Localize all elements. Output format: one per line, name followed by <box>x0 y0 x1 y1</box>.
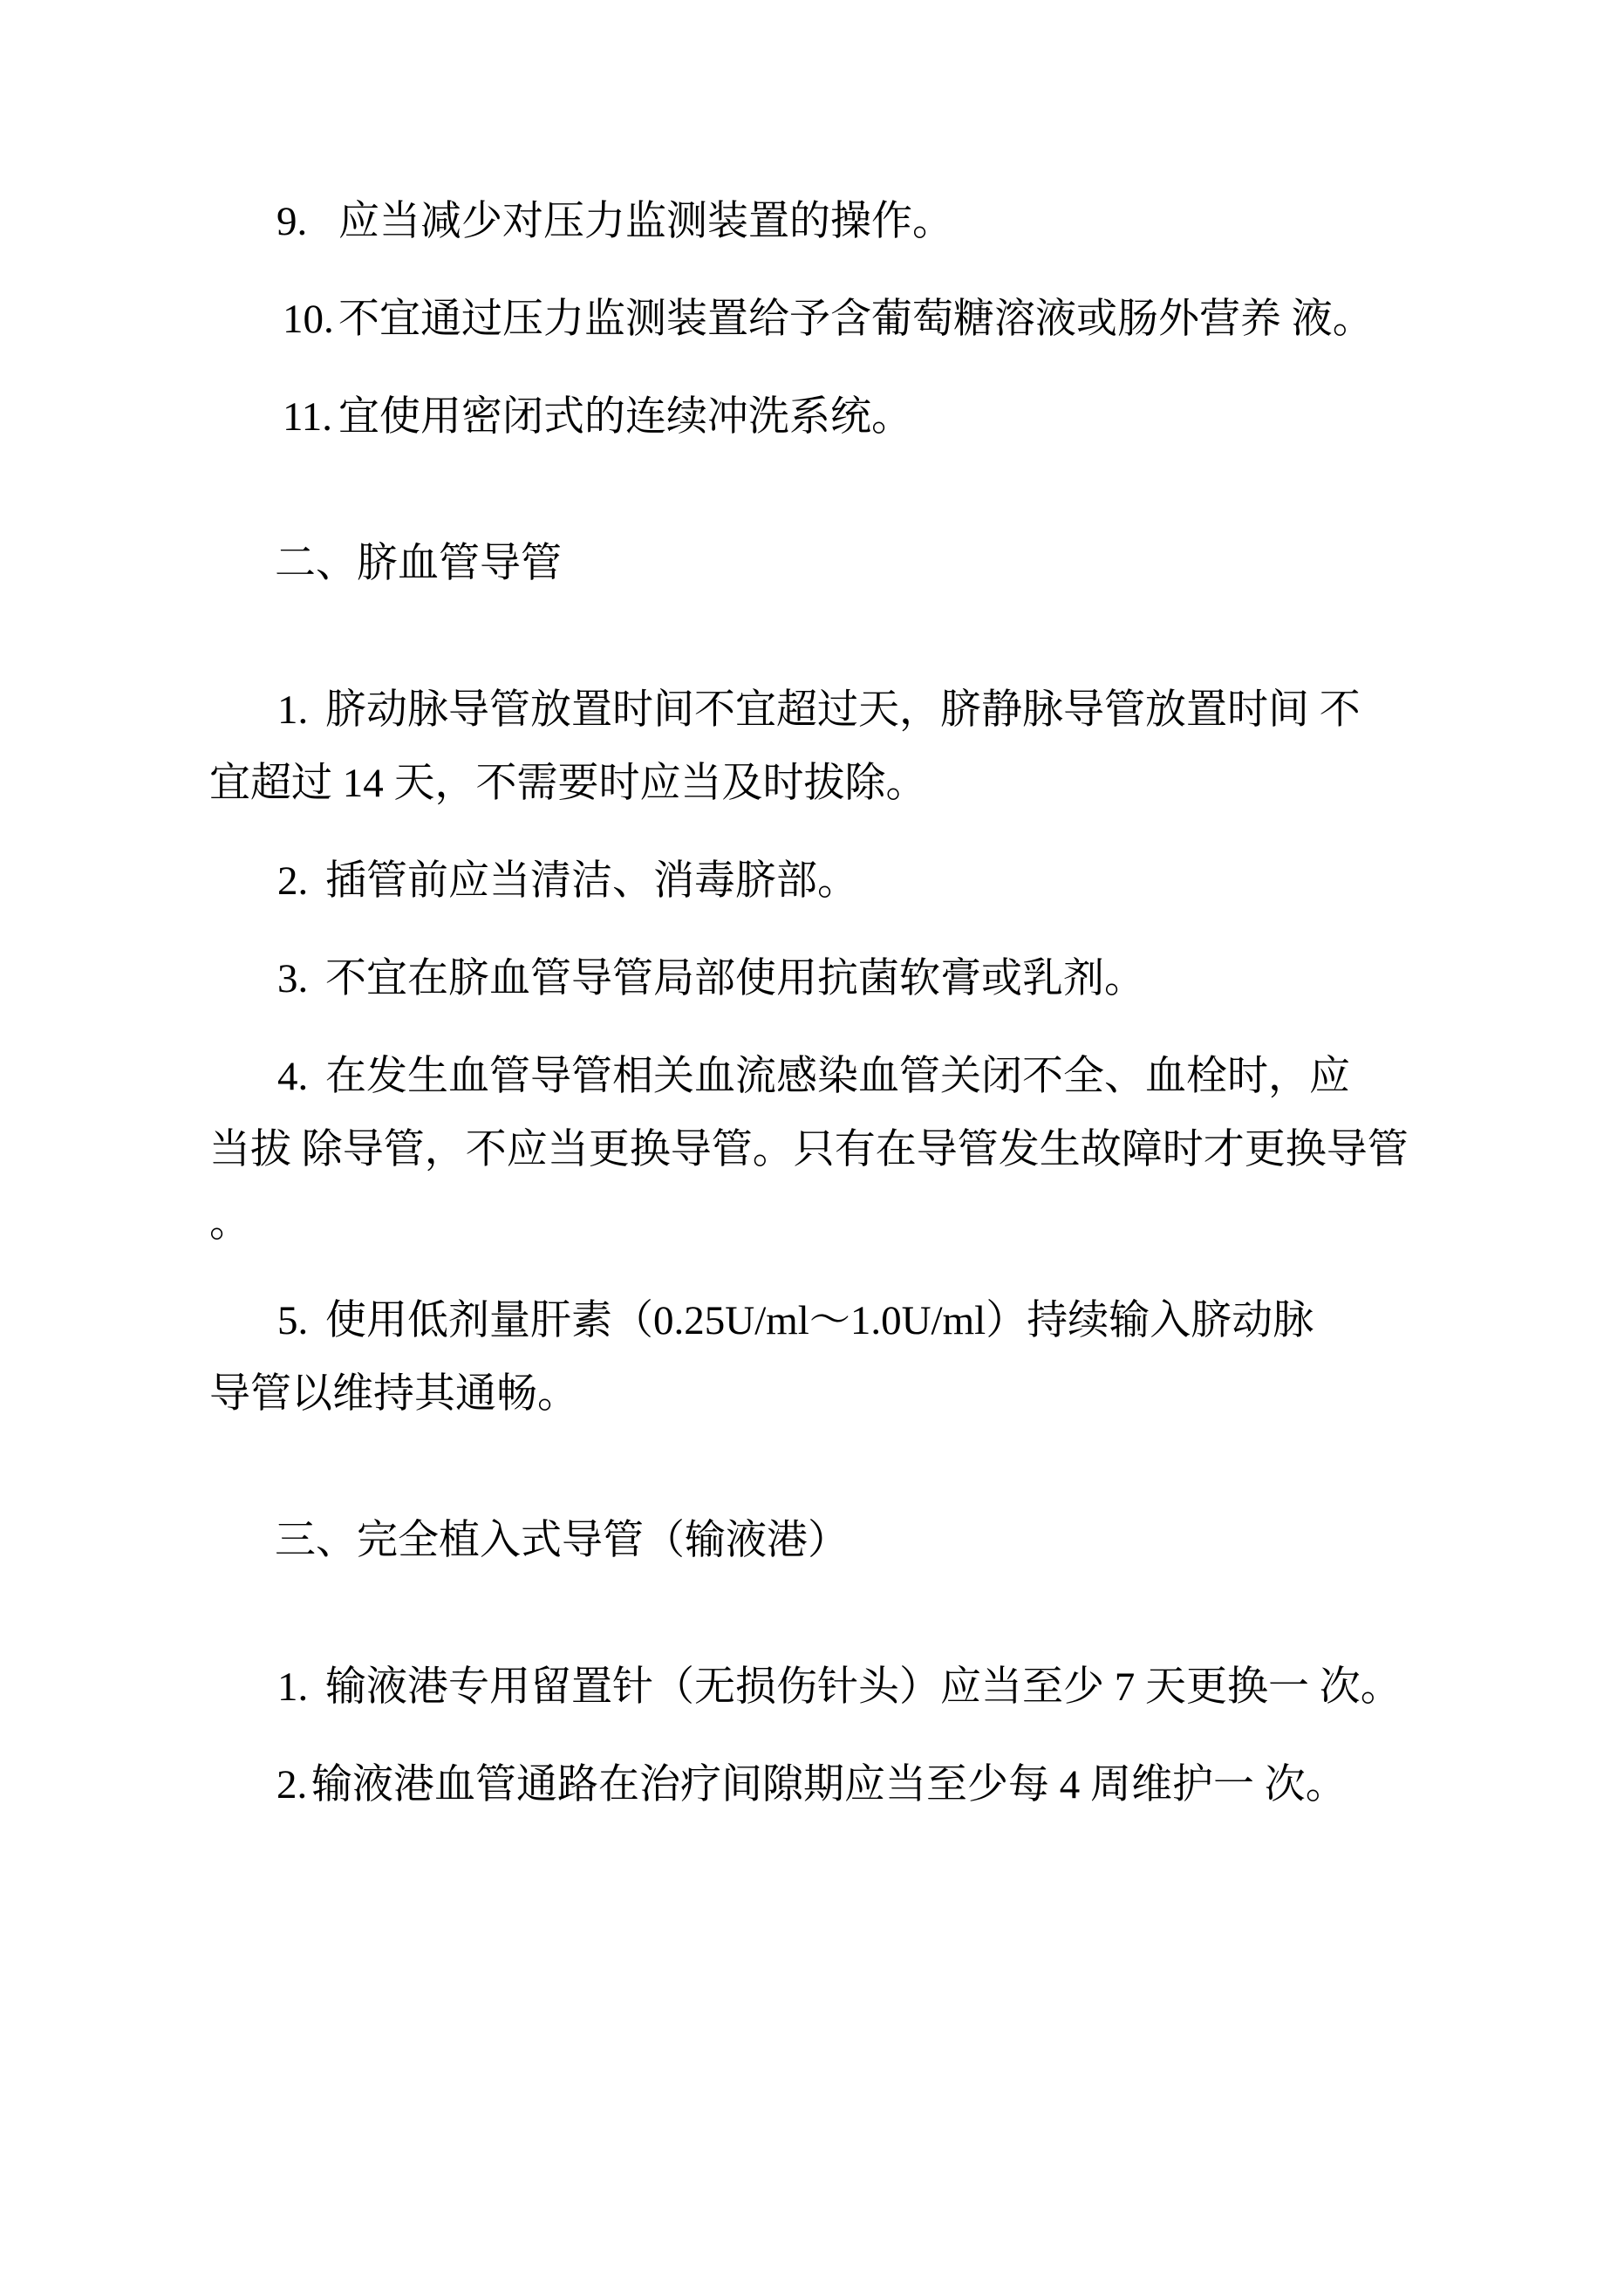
heading-text: 二、脐血管导管 <box>275 541 562 586</box>
item-number: 2. <box>276 1748 311 1821</box>
heading-text: 三、完全植入式导管（输液港） <box>275 1518 849 1563</box>
item-number: 3. <box>277 942 325 1015</box>
item-number: 9. <box>276 185 338 258</box>
list-item-port-1: 1.输液港专用留置针（无损伤针头）应当至少 7 天更换一 次。 <box>209 1650 1484 1724</box>
section-heading-3: 三、完全植入式导管（输液港） <box>209 1504 1484 1577</box>
item-text: 输液港专用留置针（无损伤针头）应当至少 7 天更换一 次。 <box>325 1664 1402 1710</box>
document-page: 9.应当减少对压力监测装置的操作。 10.不宜通过压力监测装置给予含葡萄糖溶液或… <box>0 0 1624 2296</box>
list-item-11: 11.宜使用密闭式的连续冲洗系统。 <box>209 380 1484 454</box>
section-heading-2: 二、脐血管导管 <box>209 527 1484 600</box>
item-text: 在发生血管导管相关血流感染血管关闭不全、血栓时，应 当拔 除导管，不应当更换导管… <box>209 1054 1409 1246</box>
list-item-9: 9.应当减少对压力监测装置的操作。 <box>209 185 1484 258</box>
item-number: 4. <box>277 1040 325 1113</box>
item-number: 5. <box>277 1284 325 1357</box>
item-text: 插管前应当清洁、消毒脐部。 <box>325 858 858 904</box>
list-item-4: 4.在发生血管导管相关血流感染血管关闭不全、血栓时，应 当拔 除导管，不应当更换… <box>209 1040 1484 1260</box>
list-item-2: 2.插管前应当清洁、消毒脐部。 <box>209 844 1484 918</box>
item-text: 输液港血管通路在治疗间隙期应当至少每 4 周维护一 次。 <box>311 1762 1347 1807</box>
item-text: 应当减少对压力监测装置的操作。 <box>338 199 953 244</box>
item-text: 不宜通过压力监测装置给予含葡萄糖溶液或肠外营养 液。 <box>338 297 1374 342</box>
list-item-port-2: 2.输液港血管通路在治疗间隙期应当至少每 4 周维护一 次。 <box>209 1748 1484 1821</box>
item-text: 使用低剂量肝素（0.25U/ml〜1.0U/ml）持续输入脐动脉 导管以维持其通… <box>209 1298 1314 1417</box>
item-number: 2. <box>277 844 325 918</box>
item-number: 10. <box>283 283 338 356</box>
item-text: 宜使用密闭式的连续冲洗系统。 <box>338 394 912 440</box>
list-item-1: 1.脐动脉导管放置时间不宜超过天，脐静脉导管放置时间 不 宜超过 14 天，不需… <box>209 673 1484 820</box>
item-number: 1. <box>277 1650 325 1724</box>
item-text: 不宜在脐血管导管局部使用抗菌软膏或乳剂。 <box>325 956 1145 1001</box>
list-item-3: 3.不宜在脐血管导管局部使用抗菌软膏或乳剂。 <box>209 942 1484 1015</box>
item-number: 1. <box>277 673 325 747</box>
item-number: 11. <box>283 380 338 454</box>
list-item-5: 5.使用低剂量肝素（0.25U/ml〜1.0U/ml）持续输入脐动脉 导管以维持… <box>209 1284 1484 1431</box>
list-item-10: 10.不宜通过压力监测装置给予含葡萄糖溶液或肠外营养 液。 <box>209 283 1484 356</box>
item-text: 脐动脉导管放置时间不宜超过天，脐静脉导管放置时间 不 宜超过 14 天，不需要时… <box>209 687 1361 806</box>
